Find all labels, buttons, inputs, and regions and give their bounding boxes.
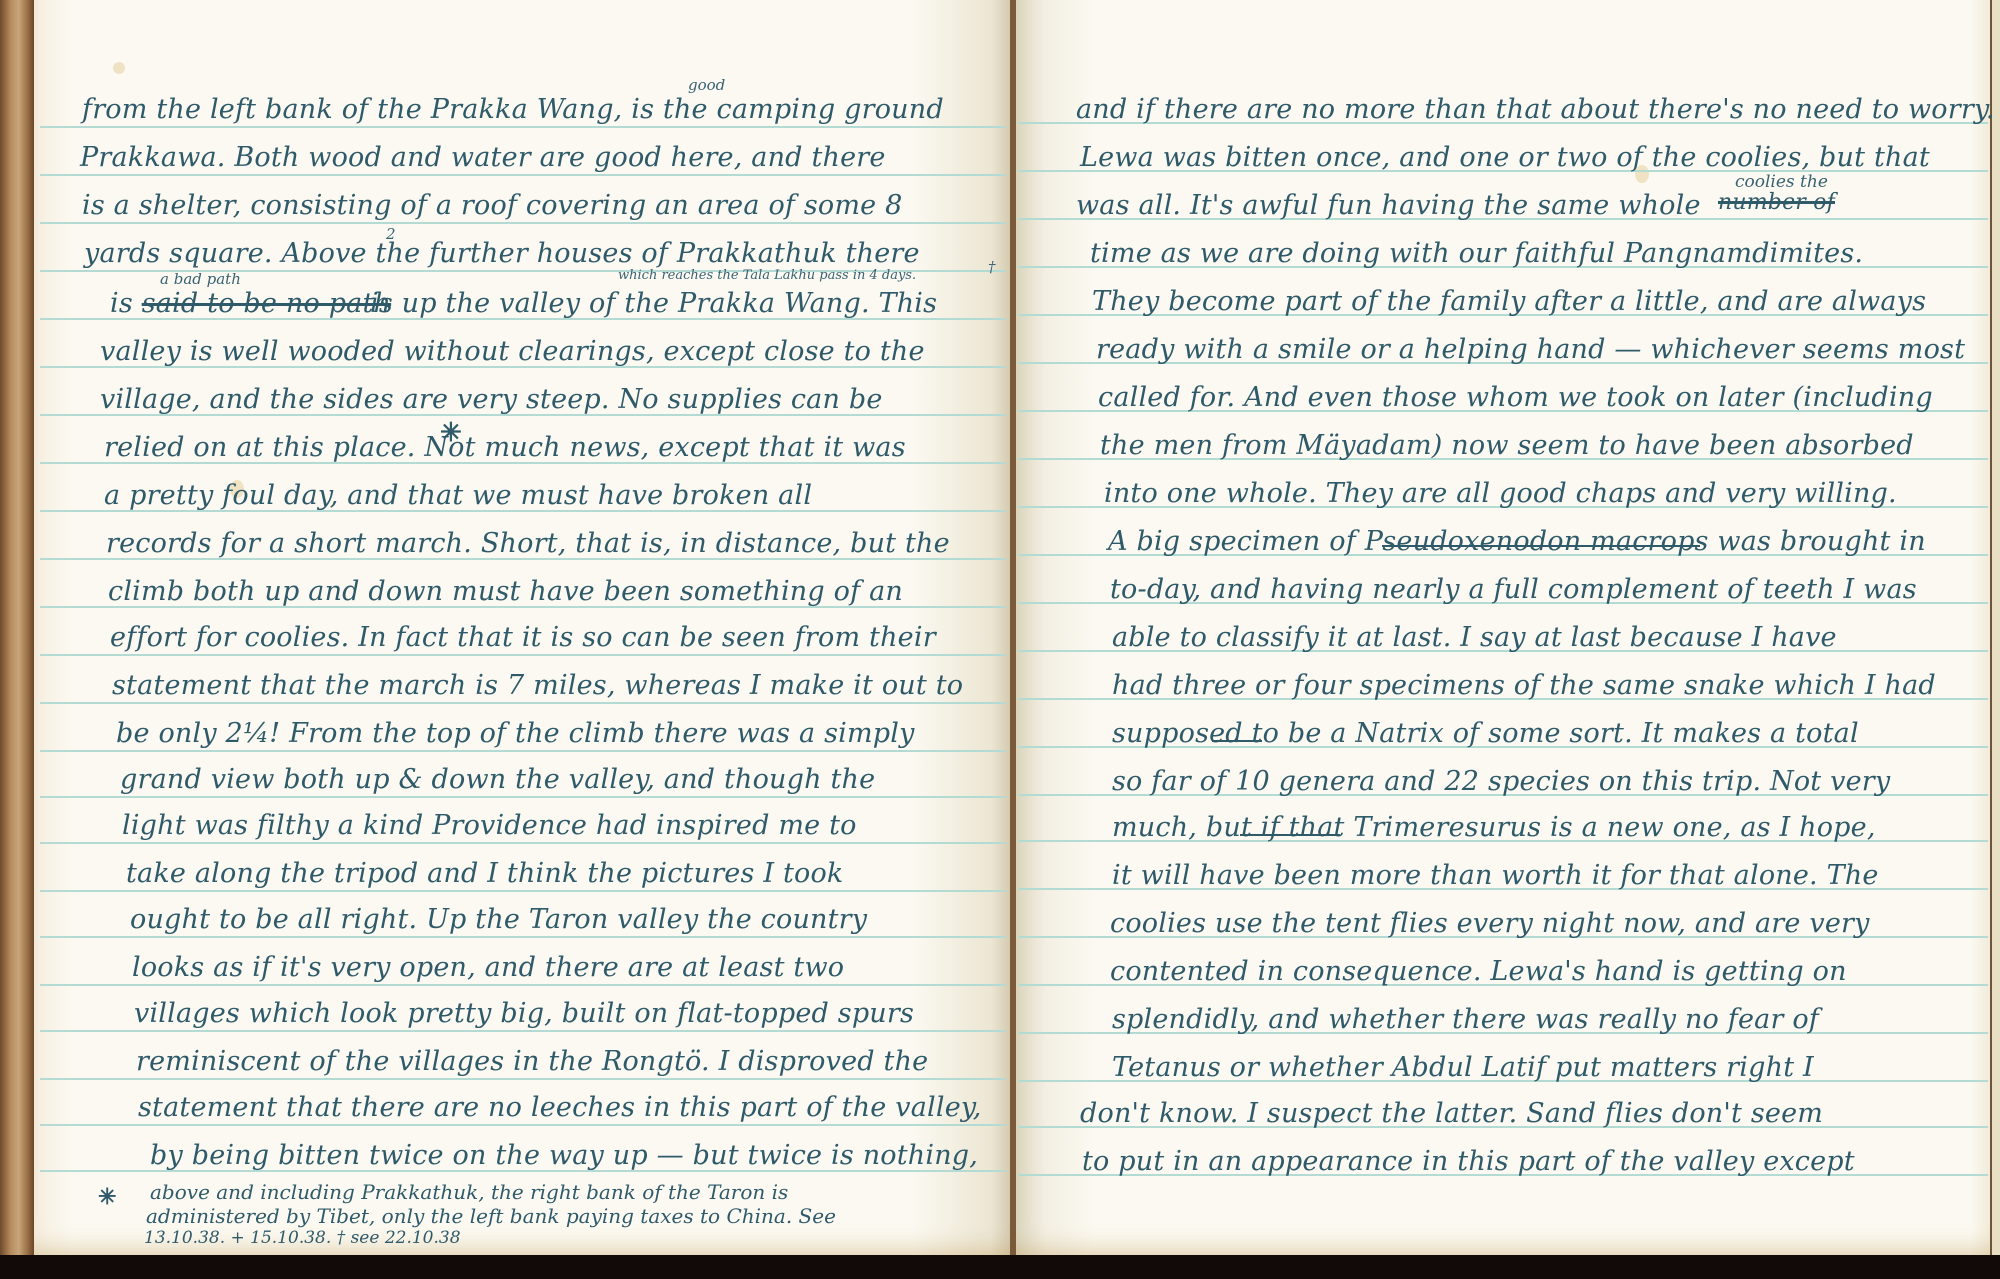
left-line-13: statement that the march is 7 miles, whe… <box>112 670 963 701</box>
left-line-6: valley is well wooded without clearings,… <box>100 336 925 367</box>
right-line-22: don't know. I suspect the latter. Sand f… <box>1080 1098 1823 1129</box>
underline-trimeresurus <box>1240 834 1340 836</box>
ruled-line <box>40 1030 1006 1032</box>
footnote-line-3: 13.10.38. + 15.10.38. † see 22.10.38 <box>144 1228 461 1248</box>
insertion-which-reaches: which reaches the Tala Lakhu pass in 4 d… <box>618 268 916 283</box>
left-line-17: take along the tripod and I think the pi… <box>126 858 844 889</box>
ruled-line <box>40 174 1006 176</box>
right-line-21: Tetanus or whether Abdul Latif put matte… <box>1112 1052 1814 1083</box>
ruled-line <box>40 702 1006 704</box>
right-line-2: Lewa was bitten once, and one or two of … <box>1080 142 1930 173</box>
is-word: is <box>110 288 142 319</box>
paper-stain <box>113 62 125 74</box>
ruled-line <box>40 750 1006 752</box>
right-line-5: They become part of the family after a l… <box>1092 286 1926 317</box>
right-line-9: into one whole. They are all good chaps … <box>1104 478 1897 509</box>
right-line-15: so far of 10 genera and 22 species on th… <box>1112 766 1890 797</box>
right-line-20: splendidly, and whether there was really… <box>1112 1004 1819 1035</box>
left-line-11: climb both up and down must have been so… <box>108 576 903 607</box>
left-line-5: is said to be no path <box>110 288 391 319</box>
left-line-18: ought to be all right. Up the Taron vall… <box>130 904 867 935</box>
insertion-a-bad-path: a bad path <box>160 270 241 288</box>
book-spine-edge <box>0 0 34 1255</box>
right-line-6: ready with a smile or a helping hand — w… <box>1096 334 1965 365</box>
left-line-19: looks as if it's very open, and there ar… <box>132 952 844 983</box>
right-line-7: called for. And even those whom we took … <box>1098 382 1933 413</box>
ruled-line <box>40 842 1006 844</box>
ruled-line <box>40 936 1006 938</box>
struck-text: said to be no path <box>142 288 391 319</box>
left-line-10: records for a short march. Short, that i… <box>106 528 950 559</box>
right-line-14: supposed to be a Natrix of some sort. It… <box>1112 718 1859 749</box>
left-line-16: light was filthy a kind Providence had i… <box>122 810 857 841</box>
left-line-14: be only 2¼! From the top of the climb th… <box>116 718 915 749</box>
left-line-4: yards square. Above the further houses o… <box>84 238 920 269</box>
footnote-line-1: above and including Prakkathuk, the righ… <box>150 1180 788 1204</box>
left-line-21: reminiscent of the villages in the Rongt… <box>136 1046 928 1077</box>
right-line-23: to put in an appearance in this part of … <box>1082 1146 1855 1177</box>
left-line-23: by being bitten twice on the way up — bu… <box>150 1140 978 1171</box>
insertion-good: good <box>688 76 725 94</box>
left-line-5-rest: is up the valley of the Prakka Wang. Thi… <box>370 288 937 319</box>
right-line-3: was all. It's awful fun having the same … <box>1076 190 1701 221</box>
ruled-line <box>40 890 1006 892</box>
left-line-1: from the left bank of the Prakka Wang, i… <box>82 94 944 125</box>
ruled-line <box>40 222 1006 224</box>
ruled-line <box>40 796 1006 798</box>
dagger-mark: † <box>988 258 996 276</box>
right-line-10: A big specimen of Pseudoxenodon macrops … <box>1108 526 1926 557</box>
footnote-line-2: administered by Tibet, only the left ban… <box>146 1204 836 1228</box>
ruled-line <box>40 1124 1006 1126</box>
ruled-line <box>40 984 1006 986</box>
right-line-1: and if there are no more than that about… <box>1076 94 1995 125</box>
right-line-17: it will have been more than worth it for… <box>1112 860 1879 891</box>
left-line-12: effort for coolies. In fact that it is s… <box>110 622 936 653</box>
right-line-4: time as we are doing with our faithful P… <box>1090 238 1863 269</box>
bottom-background <box>0 1255 2000 1279</box>
underline-natrix <box>1212 740 1262 742</box>
left-line-7: village, and the sides are very steep. N… <box>100 384 883 415</box>
left-line-20: villages which look pretty big, built on… <box>134 998 914 1029</box>
right-line-16: much, but if that Trimeresurus is a new … <box>1112 812 1876 843</box>
right-line-8: the men from Mäyadam) now seem to have b… <box>1100 430 1914 461</box>
left-line-3: is a shelter, consisting of a roof cover… <box>82 190 903 221</box>
left-line-9: a pretty foul day, and that we must have… <box>104 480 812 511</box>
ruled-line <box>40 1078 1006 1080</box>
struck-number-of: number of <box>1718 190 1835 215</box>
right-line-18: coolies use the tent flies every night n… <box>1110 908 1870 939</box>
underline-pseudoxenodon <box>1382 545 1700 547</box>
right-line-11: to-day, and having nearly a full complem… <box>1110 574 1917 605</box>
ruled-line <box>40 654 1006 656</box>
asterisk-marker: ✳ <box>440 418 462 448</box>
insertion-coolies-the: coolies the <box>1735 172 1828 192</box>
right-line-12: able to classify it at last. I say at la… <box>1112 622 1837 653</box>
right-page-edge <box>1990 0 2000 1255</box>
footnote-asterisk: ✳ <box>98 1184 116 1210</box>
left-line-15: grand view both up & down the valley, an… <box>120 764 875 795</box>
right-line-3-text: was all. It's awful fun having the same … <box>1076 190 1701 221</box>
ruled-line <box>40 126 1006 128</box>
left-line-8: relied on at this place. Not much news, … <box>104 432 906 463</box>
left-line-22: statement that there are no leeches in t… <box>138 1092 982 1123</box>
left-line-2: Prakkawa. Both wood and water are good h… <box>80 142 886 173</box>
right-line-13: had three or four specimens of the same … <box>1112 670 1936 701</box>
right-line-19: contented in consequence. Lewa's hand is… <box>1110 956 1847 987</box>
